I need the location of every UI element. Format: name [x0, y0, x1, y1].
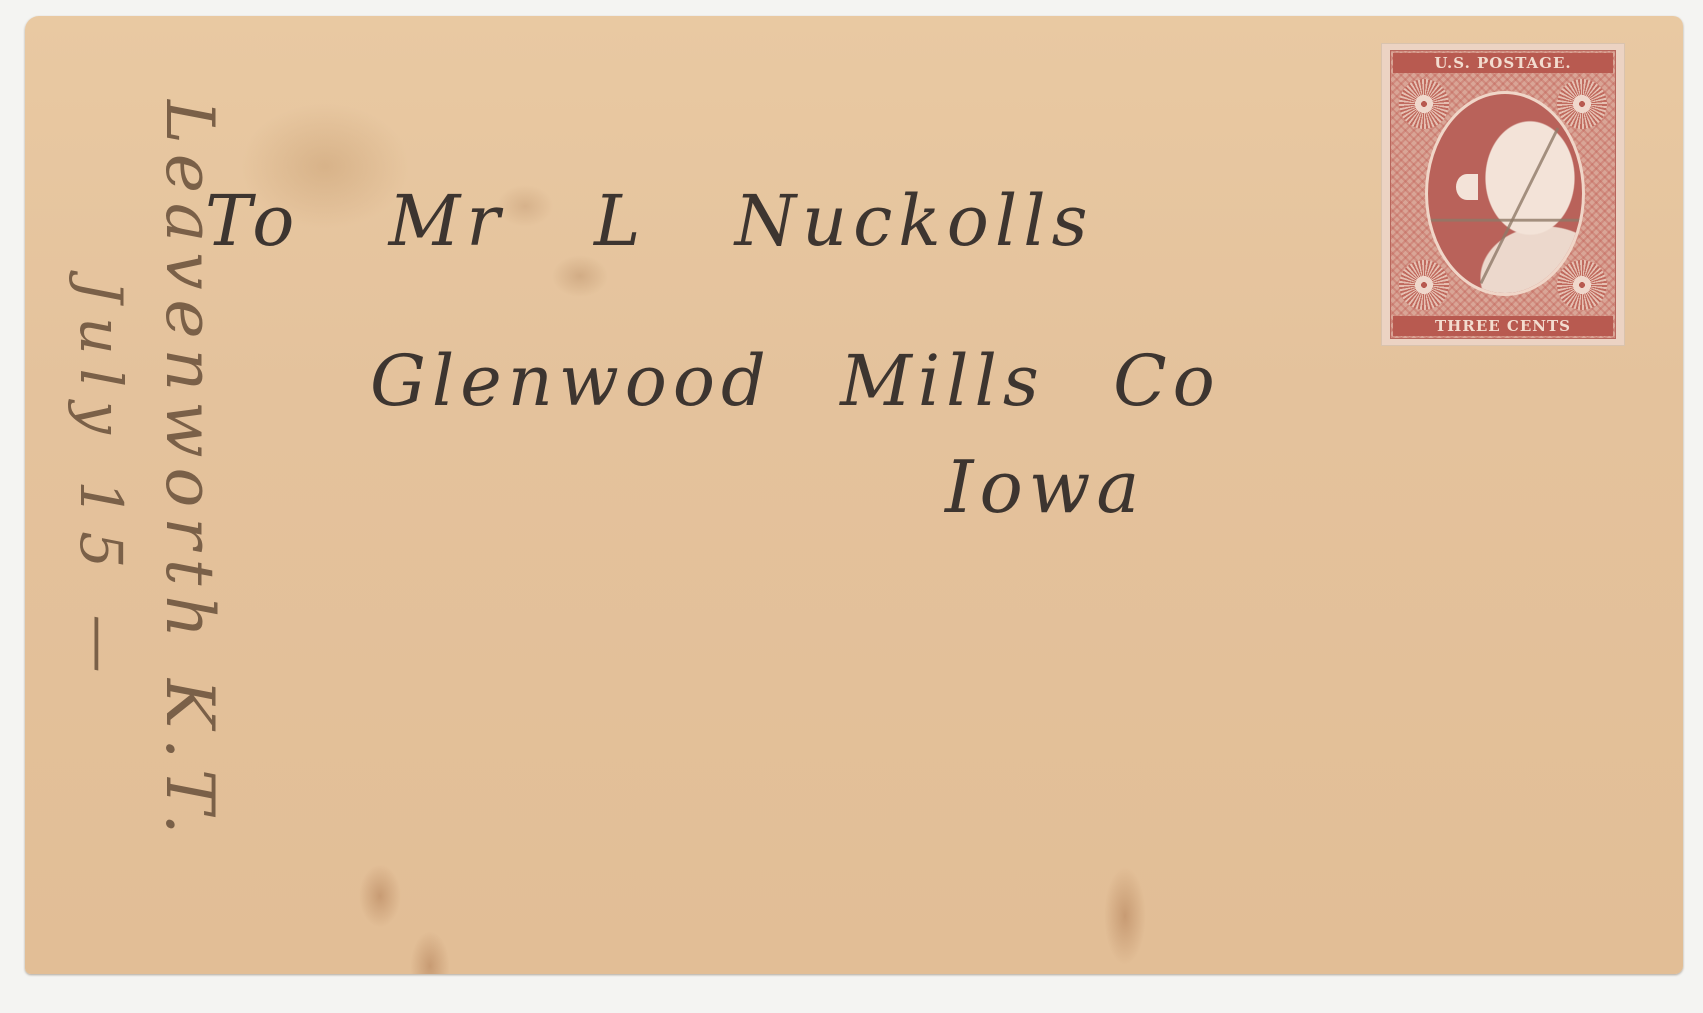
portrait-oval — [1425, 91, 1585, 296]
postmark-date-text: July 15 — — [67, 280, 135, 687]
stamp-engraving: U.S. POSTAGE. THREE CENTS — [1390, 50, 1616, 339]
address-line-1: To Mr L Nuckolls — [205, 180, 1094, 262]
address-line-3: Iowa — [945, 445, 1145, 529]
postage-stamp: U.S. POSTAGE. THREE CENTS — [1381, 43, 1625, 346]
pen-cancel-icon — [1428, 94, 1582, 293]
stamp-top-label: U.S. POSTAGE. — [1393, 53, 1613, 73]
stamp-bottom-label: THREE CENTS — [1393, 316, 1613, 336]
address-line-2: Glenwood Mills Co — [370, 340, 1221, 422]
